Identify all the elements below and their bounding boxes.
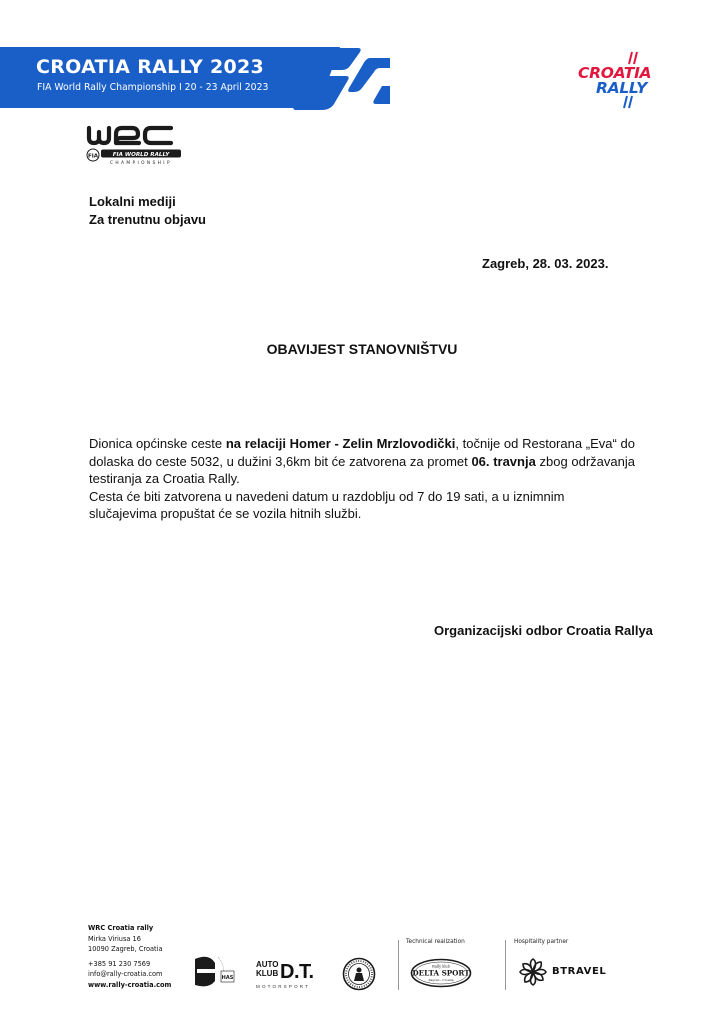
footer-address-line: Mirka Viriusa 16 [88,934,171,945]
document-body: Dionica općinske ceste na relaciji Homer… [89,435,635,523]
text-span: Dionica općinske ceste [89,436,226,451]
club-seal-icon [342,957,376,991]
footer-email[interactable]: info@rally-croatia.com [88,969,171,980]
technical-realization-label: Technical realization [406,939,465,945]
svg-text:Zagreb - Croatia: Zagreb - Croatia [428,978,453,982]
footer-phone: +385 91 230 7569 [88,959,171,970]
closure-date: 06. travnja [471,454,535,469]
adt-mark: D.T. [280,961,314,984]
adt-text: AUTOKLUB [256,960,279,978]
document-title: OBAVIJEST STANOVNIŠTVU [0,341,724,357]
route-name: na relaciji Homer - Zelin Mrzlovodički [226,436,455,451]
btravel-flower-icon [518,957,548,987]
btravel-wordmark: BTRAVEL [552,966,606,977]
croatia-rally-logo: CROATIA RALLY [576,50,660,112]
paragraph-closure-hours: Cesta će biti zatvorena u navedeni datum… [89,488,635,523]
wrc-logo: FIA FIA WORLD RALLY CHAMPIONSHIP [85,122,185,167]
adt-subtitle: MOTORSPORT [256,984,310,989]
footer-divider [505,940,506,990]
footer-contact: WRC Croatia rally Mirka Viriusa 16 10090… [88,923,171,990]
svg-text:HAS: HAS [222,975,234,981]
checkered-flag-icon [290,46,390,114]
auto-klub-dt-logo: AUTOKLUB D.T. MOTORSPORT [256,960,326,992]
recipients-block: Lokalni mediji Za trenutnu objavu [89,193,206,229]
svg-text:FIA WORLD RALLY: FIA WORLD RALLY [113,152,170,158]
delta-sport-logo: Rally klub DELTA SPORT Zagreb - Croatia [410,958,472,988]
footer-address-line: 10090 Zagreb, Croatia [88,944,171,955]
footer-website[interactable]: www.rally-croatia.com [88,980,171,991]
has-logo-icon: HAS [193,955,238,988]
signature: Organizacijski odbor Croatia Rallya [434,623,653,638]
svg-text:FIA: FIA [88,154,99,160]
wrc-logo-icon: FIA FIA WORLD RALLY CHAMPIONSHIP [85,122,185,167]
svg-text:DELTA SPORT: DELTA SPORT [412,969,470,978]
logo-word-rally: RALLY [596,79,647,97]
recipient-line: Za trenutnu objavu [89,211,206,229]
paragraph-closure-notice: Dionica općinske ceste na relaciji Homer… [89,435,635,488]
banner-subtitle: FIA World Rally Championship I 20 - 23 A… [37,82,268,93]
recipient-line: Lokalni mediji [89,193,206,211]
banner-title: CROATIA RALLY 2023 [36,56,264,78]
footer-divider [398,940,399,990]
svg-text:CHAMPIONSHIP: CHAMPIONSHIP [110,160,172,166]
document-date: Zagreb, 28. 03. 2023. [482,256,608,271]
footer-org-name: WRC Croatia rally [88,923,171,934]
hospitality-partner-label: Hospitality partner [514,939,568,945]
